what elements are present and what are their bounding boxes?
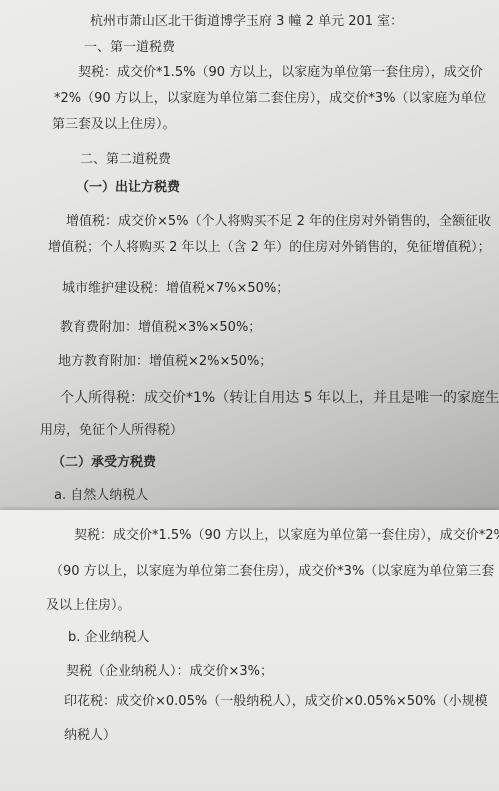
natural-person-heading: a. 自然人纳税人: [54, 484, 148, 503]
income-tax-line-1: 个人所得税：成交价*1%（转让自用达 5 年以上，并且是唯一的家庭生活: [60, 387, 499, 407]
buyer-taxes-heading: （二）承受方税费: [52, 451, 156, 470]
seller-taxes-heading: （一）出让方税费: [76, 176, 180, 195]
natural-person-deed-tax-line-3: 及以上住房）。: [46, 594, 131, 613]
photographed-page-bottom: 契税：成交价*1.5%（90 方以上，以家庭为单位第一套住房），成交价*2% （…: [0, 510, 499, 791]
photographed-page-top: 杭州市萧山区北干街道博学玉府 3 幢 2 单元 201 室： 一、第一道税费 契…: [0, 0, 499, 510]
section1-deed-tax-line-2: *2%（90 方以上，以家庭为单位第二套住房），成交价*3%（以家庭为单位: [54, 87, 486, 106]
section1-heading: 一、第一道税费: [84, 36, 175, 55]
stamp-tax-line-2: 纳税人）: [64, 724, 116, 743]
section2-heading: 二、第二道税费: [80, 148, 171, 167]
natural-person-deed-tax-line-1: 契税：成交价*1.5%（90 方以上，以家庭为单位第一套住房），成交价*2%: [74, 524, 499, 543]
section1-deed-tax-line-3: 第三套及以上住房）。: [52, 113, 176, 132]
natural-person-deed-tax-line-2: （90 方以上，以家庭为单位第二套住房），成交价*3%（以家庭为单位第三套: [50, 560, 494, 579]
section1-deed-tax-line-1: 契税：成交价*1.5%（90 方以上，以家庭为单位第一套住房），成交价: [78, 61, 483, 80]
enterprise-heading: b. 企业纳税人: [68, 626, 150, 645]
address-line: 杭州市萧山区北干街道博学玉府 3 幢 2 单元 201 室：: [90, 10, 403, 29]
stamp-tax-line-1: 印花税：成交价×0.05%（一般纳税人），成交价×0.05%×50%（小规模: [64, 690, 488, 709]
vat-line-1: 增值税：成交价×5%（个人将购买不足 2 年的住房对外销售的，全额征收: [66, 210, 491, 229]
enterprise-deed-tax: 契税（企业纳税人）：成交价×3%；: [66, 660, 273, 679]
urban-maintenance-tax: 城市维护建设税：增值税×7%×50%；: [62, 277, 289, 296]
local-education-surcharge: 地方教育附加：增值税×2%×50%；: [58, 350, 272, 369]
income-tax-line-2: 用房，免征个人所得税）: [40, 419, 183, 438]
vat-line-2: 增值税；个人将购买 2 年以上（含 2 年）的住房对外销售的，免征增值税）；: [48, 236, 491, 255]
education-surcharge: 教育费附加：增值税×3%×50%；: [60, 316, 261, 335]
